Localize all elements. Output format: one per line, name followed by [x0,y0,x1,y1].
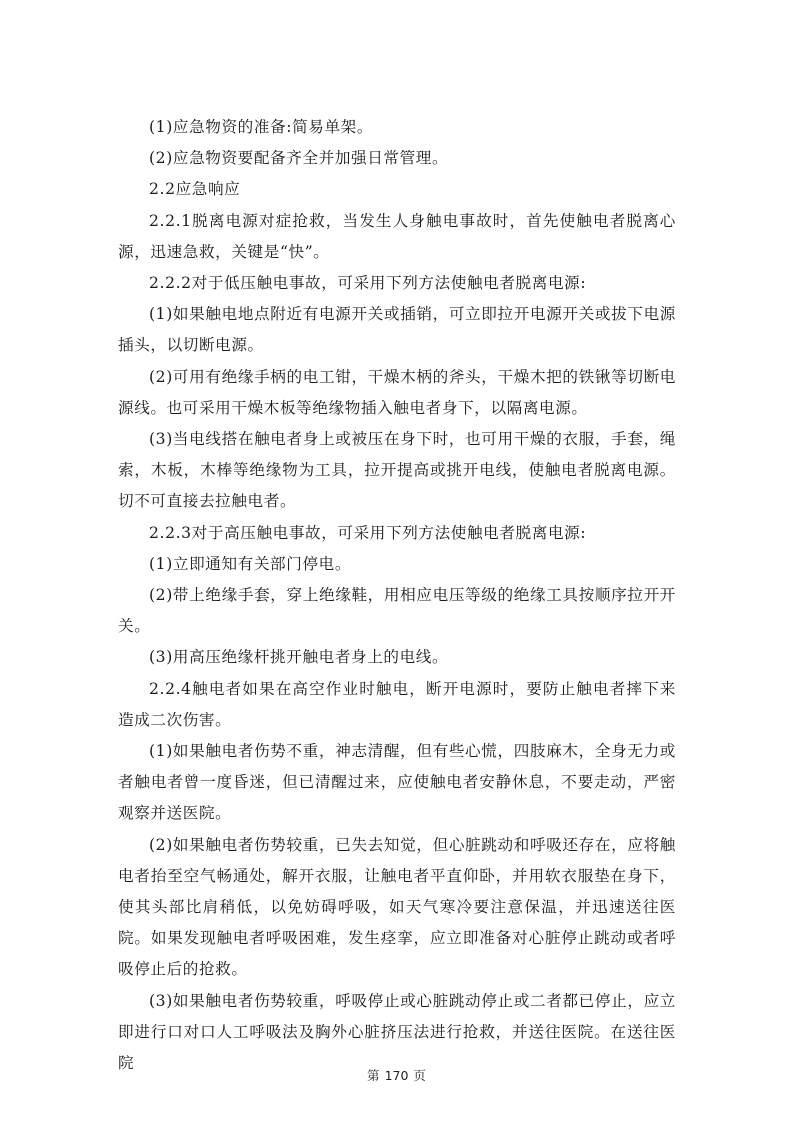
page-number-suffix: 页 [413,1068,426,1083]
paragraph-high-voltage-3: (3)用高压绝缘杆挑开触电者身上的电线。 [118,642,676,673]
page-number-prefix: 第 [367,1068,380,1083]
paragraph-2-2-1: 2.2.1脱离电源对症抢救，当发生人身触电事故时，首先使触电者脱离心源，迅速急救… [118,206,676,268]
paragraph-high-voltage-2: (2)带上绝缘手套，穿上绝缘鞋，用相应电压等级的绝缘工具按顺序拉开开关。 [118,580,676,642]
paragraph-low-voltage-3: (3)当电线搭在触电者身上或被压在身下时，也可用干燥的衣服，手套，绳索，木板，木… [118,424,676,518]
paragraph-injury-2: (2)如果触电者伤势较重，已失去知觉，但心脏跳动和呼吸还存在，应将触电者抬至空气… [118,830,676,986]
paragraph-emergency-supplies-prep: (1)应急物资的准备:简易单架。 [118,112,676,143]
paragraph-high-voltage-1: (1)立即通知有关部门停电。 [118,549,676,580]
page-number: 170 [385,1068,409,1083]
document-page: (1)应急物资的准备:简易单架。 (2)应急物资要配备齐全并加强日常管理。 2.… [118,112,676,1079]
paragraph-low-voltage-2: (2)可用有绝缘手柄的电工钳，干燥木柄的斧头，干燥木把的铁锹等切断电源线。也可采… [118,362,676,424]
section-heading-emergency-response: 2.2应急响应 [118,174,676,205]
paragraph-injury-1: (1)如果触电者伤势不重，神志清醒，但有些心慌，四肢麻木，全身无力或者触电者曾一… [118,736,676,830]
paragraph-2-2-3: 2.2.3对于高压触电事故，可采用下列方法使触电者脱离电源: [118,518,676,549]
paragraph-low-voltage-1: (1)如果触电地点附近有电源开关或插销，可立即拉开电源开关或拔下电源插头，以切断… [118,299,676,361]
paragraph-2-2-2: 2.2.2对于低压触电事故，可采用下列方法使触电者脱离电源: [118,268,676,299]
paragraph-emergency-supplies-management: (2)应急物资要配备齐全并加强日常管理。 [118,143,676,174]
page-footer: 第170页 [0,1066,793,1084]
paragraph-2-2-4: 2.2.4触电者如果在高空作业时触电，断开电源时，要防止触电者摔下来造成二次伤害… [118,674,676,736]
